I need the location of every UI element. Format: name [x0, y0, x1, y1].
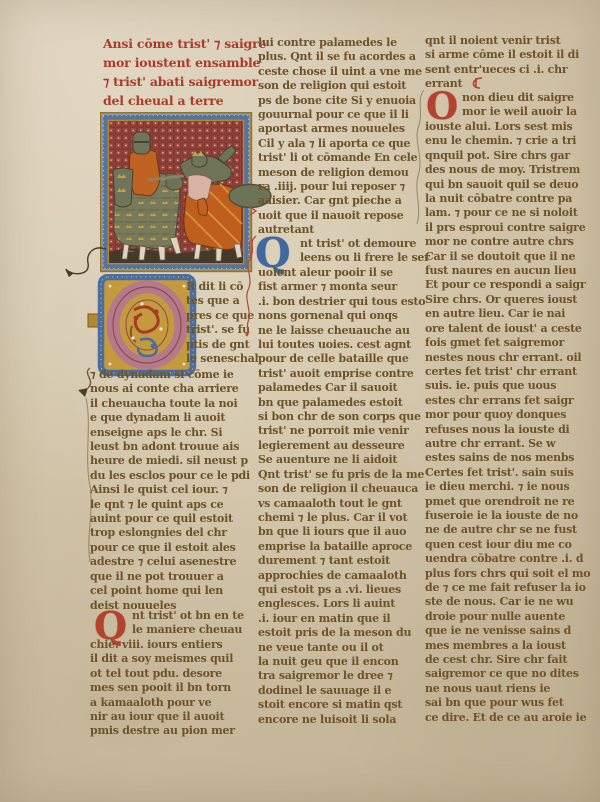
text-line: dodinel le sauuage il e	[258, 684, 422, 698]
text-line: la nuit cōbatre contre pa	[425, 192, 587, 206]
text-line: saigremor ce que no dites	[425, 667, 587, 681]
column3-lines-beside-o: non dieu dit saigremor ie weil auoir la	[462, 91, 586, 120]
text-line: pour ce que il estoit ales	[90, 541, 254, 555]
text-line: palamedes Car il sauoit	[258, 381, 422, 395]
text-line: trist' ne porroit mie venir	[258, 424, 422, 438]
text-line: bn que palamedes estoit	[258, 396, 422, 410]
text-line: ⁊ de dynadam si cōme ie	[90, 368, 254, 382]
text-line: cel point home qui len	[90, 584, 254, 598]
text-line: leust bn adont trouue ais	[90, 440, 254, 454]
text-line: Car il se doutoit que il ne	[425, 250, 587, 264]
text-line: de cest chr. Sire chr fait	[425, 653, 587, 667]
text-line: refuses nous la iouste di	[425, 423, 587, 437]
text-line: mor ie weil auoir la	[462, 105, 586, 119]
text-line: qui bn sauoit quil se deuo	[425, 178, 587, 192]
text-line: plus fors chrs qui soit el mo	[425, 567, 587, 581]
text-line: ne le laisse cheuauche au	[258, 324, 422, 338]
text-line: Se auenture ne li aidoit	[258, 453, 422, 467]
text-line: ptis de gnt	[186, 338, 252, 352]
text-line: leens ou li frere le ser	[300, 251, 422, 265]
text-line: ps de bone cite Si y enuoia	[258, 94, 422, 108]
column3-text-lower: iouste alui. Lors sest misenu le chemin.…	[425, 120, 587, 725]
column1-text-lower: chie. viii. iours entiersil dit a soy me…	[90, 638, 254, 739]
text-line: plus. Qnt il se fu acordes a	[258, 50, 422, 64]
text-line: legierement au desseure	[258, 439, 422, 453]
text-line: ot tel tout pdu. desore	[90, 667, 254, 681]
text-line: uoit que il nauoit repose	[258, 209, 422, 223]
text-line: a kamaaloth pour ve	[90, 696, 254, 710]
text-line: estes chr errans fet saigr	[425, 394, 587, 408]
text-line: nous ai conte cha arriere	[90, 382, 254, 396]
text-line: heure de miedi. sil neust p	[90, 454, 254, 468]
text-line: vs camaaloth tout le gnt	[258, 497, 422, 511]
text-line: quen cest iour diu me co	[425, 538, 587, 552]
text-line: ore talent de ioust' a ceste	[425, 322, 587, 336]
text-line: ceste chose il uint a vne me	[258, 65, 422, 79]
text-line: estes sains de nos menbs	[425, 451, 587, 465]
text-line: nons gornenal qui onqs	[258, 309, 422, 323]
text-line: lui toutes uoies. cest agnt	[258, 338, 422, 352]
text-line: ne veue tante ou il ot	[258, 641, 422, 655]
text-line: pmet que orendroit ne re	[425, 495, 587, 509]
text-line: nir au iour que il auoit	[90, 710, 254, 724]
column2-text: lui contre palamedes leplus. Qnt il se f…	[258, 36, 422, 238]
manuscript-page: Ansi cōme trist' ⁊ saigremor ioustent en…	[0, 0, 600, 802]
text-line: nt trist' ot demoure	[300, 237, 422, 251]
text-line: Cil y ala ⁊ li aporta ce que	[258, 137, 422, 151]
text-line: emprise la bataille aproce	[258, 540, 422, 554]
text-line: mor ioustent ensamble	[103, 53, 263, 72]
text-line: que ie ne venisse sains d	[425, 624, 587, 638]
text-line: fois gmet fet saigremor	[425, 336, 587, 350]
text-line: ne nous uaut riens ie	[425, 682, 587, 696]
red-line-filler	[248, 205, 258, 217]
text-line: qnt il noient venir trist	[425, 34, 587, 48]
text-line: .i. iour en matin que il	[258, 612, 422, 626]
column1-text: ⁊ de dynadam si cōme ienous ai conte cha…	[90, 368, 254, 613]
text-line: englesces. Lors li auint	[258, 597, 422, 611]
text-line: ne de autre chr se ne fust	[425, 523, 587, 537]
text-line: gouurnal pour ce que il li	[258, 108, 422, 122]
text-line: il prs esproui contre saigre	[425, 221, 587, 235]
text-line: fust naures en aucun lieu	[425, 264, 587, 278]
text-line: trist' auoit emprise contre	[258, 367, 422, 381]
text-line: encore ne luisoit li sola	[258, 713, 422, 727]
text-line: sai bn que pour wus fet	[425, 696, 587, 710]
text-line: mes sen pooit il bn torn	[90, 681, 254, 695]
text-line: durement ⁊ tant estoit	[258, 554, 422, 568]
text-line: ce dire. Et de ce au aroie ie	[425, 711, 587, 725]
text-line: chie. viii. iours entiers	[90, 638, 254, 652]
text-line: .i. bon destrier qui tous esto	[258, 295, 422, 309]
text-line: il cheuaucha toute la noi	[90, 397, 254, 411]
text-line: mes membres a la ioust	[425, 639, 587, 653]
text-line: qnquil pot. Sire chrs gar	[425, 149, 587, 163]
text-line: chemi ⁊ le plus. Car il vot	[258, 511, 422, 525]
column3-text: qnt il noient venir tristsi arme cōme il…	[425, 34, 587, 92]
text-line: Ansi cōme trist' ⁊ saigre	[103, 34, 263, 53]
text-line: lam. ⁊ pour ce ne si noloit	[425, 206, 587, 220]
text-line: stoit encore si matin qst	[258, 698, 422, 712]
text-line: droie pour nulle auente	[425, 610, 587, 624]
text-line: uoient aleur pooir il se	[258, 266, 422, 280]
text-line: Et pour ce respondi a saigr	[425, 278, 587, 292]
text-line: si arme cōme il estoit il di	[425, 48, 587, 62]
text-line: approchies de camaaloth	[258, 569, 422, 583]
text-line: des nous de moy. Tristrem	[425, 163, 587, 177]
text-line: adestre ⁊ celui asenestre	[90, 555, 254, 569]
text-line: uendra cōbatre contre .i. d	[425, 552, 587, 566]
text-line: en autre lieu. Car ie nai	[425, 307, 587, 321]
text-line: certes fet trist' chr errant	[425, 365, 587, 379]
text-line: Ainsi le quist cel iour. ⁊	[90, 483, 254, 497]
text-line: ra .iiij. pour lui reposer ⁊	[258, 180, 422, 194]
text-line: le maniere cheuau	[132, 623, 254, 637]
text-line: du les esclos pour ce le pdi	[90, 469, 254, 483]
text-line: bn que li iours que il auo	[258, 525, 422, 539]
text-line: meson de religion demou	[258, 166, 422, 180]
text-line: nestes nous chr errant. oil	[425, 351, 587, 365]
text-line: son de religion il cheuauca	[258, 482, 422, 496]
decorated-initial-O	[86, 274, 186, 374]
text-line: auint pour ce quil estoit	[90, 512, 254, 526]
text-line: il dit a soy meismes quil	[90, 652, 254, 666]
text-line: fist armer ⁊ monta seur	[258, 280, 422, 294]
text-line: del cheual a terre	[103, 91, 263, 110]
text-line: non dieu dit saigre	[462, 91, 586, 105]
column2-text-lower: uoient aleur pooir il sefist armer ⁊ mon…	[258, 266, 422, 727]
text-line: si bon chr de son corps que	[258, 410, 422, 424]
text-line: enu le chemin. ⁊ crie a tri	[425, 134, 587, 148]
text-line: le seneschal	[186, 352, 252, 366]
text-line: ie dieu merchi. ⁊ ie nous	[425, 480, 587, 494]
text-line: son de religion qui estoit	[258, 79, 422, 93]
text-line: trop eslongnies del chr	[90, 526, 254, 540]
text-line: le qnt ⁊ le quint aps ce	[90, 498, 254, 512]
text-line: de ⁊ ce me fait refuser la io	[425, 581, 587, 595]
text-line: mor ne contre autre chrs	[425, 235, 587, 249]
text-line: ste de nous. Car ie ne wu	[425, 595, 587, 609]
column1-lines-beside-q: nt trist' ot bn en tele maniere cheuau	[132, 609, 254, 638]
text-line: nt trist' ot bn en te	[132, 609, 254, 623]
text-line: estoit pris de la meson du	[258, 626, 422, 640]
text-line: tra saigremor le dree ⁊	[258, 669, 422, 683]
text-line: que il ne pot trouuer a	[90, 570, 254, 584]
text-line: la nuit geu que il encon	[258, 655, 422, 669]
text-line: aportast armes nouueles	[258, 122, 422, 136]
text-line: pmis destre au pion mer	[90, 724, 254, 738]
text-line: sent entr'ueces ci .i. chr	[425, 63, 587, 77]
text-line: iouste alui. Lors sest mis	[425, 120, 587, 134]
text-line: qui estoit ps a .vi. lieues	[258, 583, 422, 597]
text-line: pour de celle bataille que	[258, 352, 422, 366]
paragraph-mark	[468, 76, 486, 90]
text-line: suis. ie. puis que uous	[425, 379, 587, 393]
text-line: lui contre palamedes le	[258, 36, 422, 50]
text-line: autre chr errant. Se w	[425, 437, 587, 451]
text-line: Qnt trist' se fu pris de la me	[258, 468, 422, 482]
text-line: Sire chrs. Or queres ioust	[425, 293, 587, 307]
text-line: Certes fet trist'. sain suis	[425, 466, 587, 480]
rubric: Ansi cōme trist' ⁊ saigremor ioustent en…	[103, 34, 263, 110]
text-line: e que dynadam li auoit	[90, 411, 254, 425]
text-line: mor pour quoy donques	[425, 408, 587, 422]
text-line: trist' li ot cōmande En cele	[258, 151, 422, 165]
text-line: ⁊ trist' abati saigremor	[103, 72, 263, 91]
text-line: aaisier. Car gnt pieche a	[258, 194, 422, 208]
text-line: enseigne aps le chr. Si	[90, 426, 254, 440]
text-line: fuseroie ie la iouste de no	[425, 509, 587, 523]
column2-lines-beside-q: nt trist' ot demoureleens ou li frere le…	[300, 237, 422, 266]
